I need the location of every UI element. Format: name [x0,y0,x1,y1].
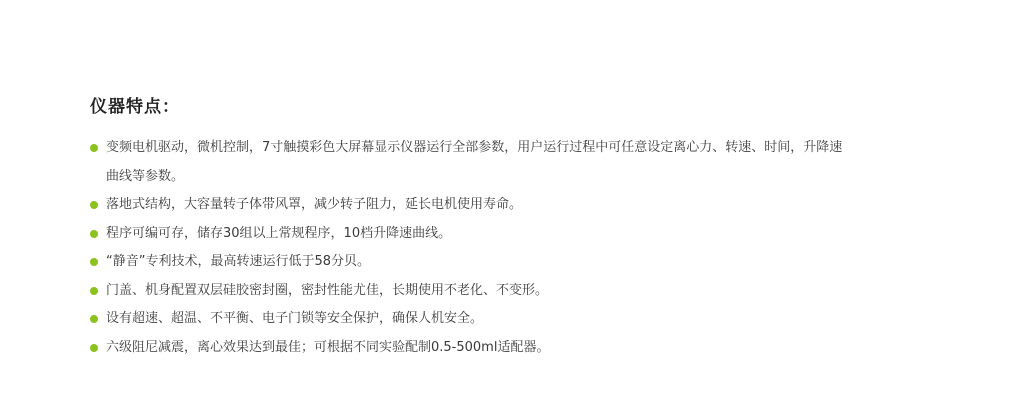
feature-text: 设有超速、超温、不平衡、电子门锁等安全保护，确保人机安全。 [106,311,483,326]
bullet-dot-icon [90,315,98,323]
bullet-dot-icon [90,258,98,266]
feature-text: 落地式结构，大容量转子体带风罩，减少转子阻力，延长电机使用寿命。 [106,197,522,212]
bullet-dot-icon [90,201,98,209]
feature-item: 程序可编可存，储存30组以上常规程序，10档升降速曲线。 [90,220,890,249]
feature-item: 六级阻尼减震，离心效果达到最佳；可根据不同实验配制0.5-500ml适配器。 [90,334,890,363]
feature-text: 门盖、机身配置双层硅胶密封圈，密封性能尤佳，长期使用不老化、不变形。 [106,283,548,298]
feature-text: 变频电机驱动，微机控制，7寸触摸彩色大屏幕显示仪器运行全部参数，用户运行过程中可… [106,140,842,184]
feature-item: “静音”专利技术，最高转速运行低于58分贝。 [90,248,890,277]
bullet-dot-icon [90,230,98,238]
bullet-dot-icon [90,287,98,295]
feature-text: “静音”专利技术，最高转速运行低于58分贝。 [106,254,370,269]
feature-list: 变频电机驱动，微机控制，7寸触摸彩色大屏幕显示仪器运行全部参数，用户运行过程中可… [90,134,890,362]
feature-text: 程序可编可存，储存30组以上常规程序，10档升降速曲线。 [106,226,451,241]
section-title: 仪器特点： [90,92,180,117]
bullet-dot-icon [90,144,98,152]
feature-item: 变频电机驱动，微机控制，7寸触摸彩色大屏幕显示仪器运行全部参数，用户运行过程中可… [90,134,846,191]
feature-item: 落地式结构，大容量转子体带风罩，减少转子阻力，延长电机使用寿命。 [90,191,890,220]
feature-item: 门盖、机身配置双层硅胶密封圈，密封性能尤佳，长期使用不老化、不变形。 [90,277,890,306]
feature-text: 六级阻尼减震，离心效果达到最佳；可根据不同实验配制0.5-500ml适配器。 [106,340,549,355]
bullet-dot-icon [90,344,98,352]
feature-item: 设有超速、超温、不平衡、电子门锁等安全保护，确保人机安全。 [90,305,890,334]
